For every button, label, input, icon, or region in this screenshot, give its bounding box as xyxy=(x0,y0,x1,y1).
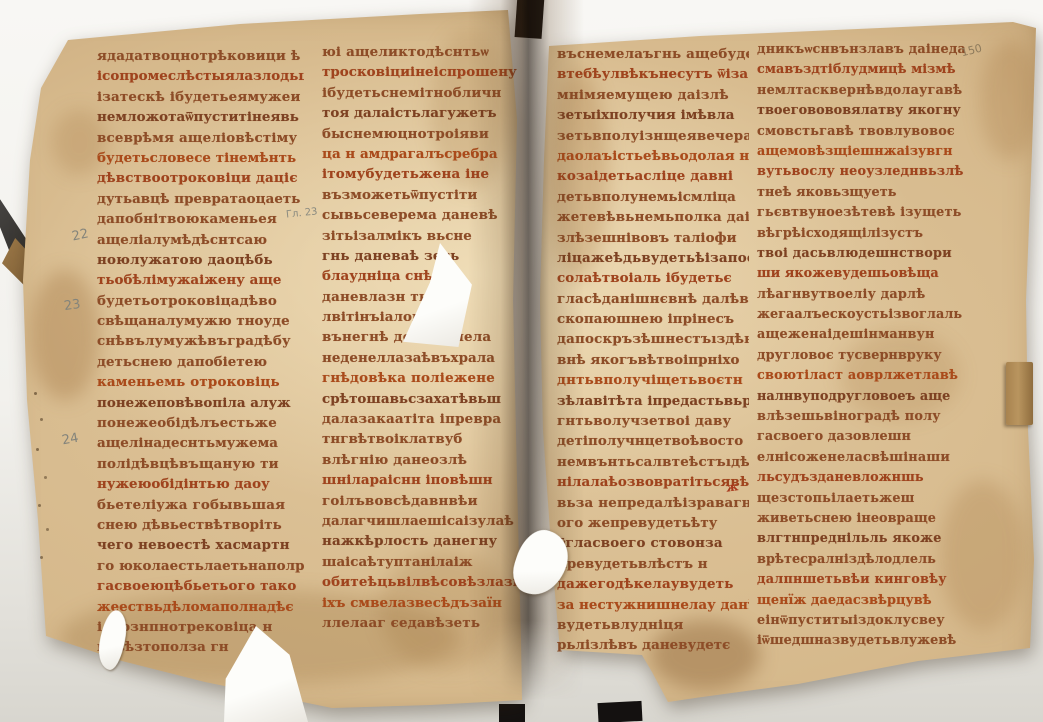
text-line: смовстьгавѣ твовлувовоє xyxy=(757,122,1013,142)
text-line: врѣтесралніздѣлодлель xyxy=(757,550,1013,570)
text-line: зетьвполуізнщеявечера xyxy=(557,126,749,146)
text-line: щенїж даедасзвѣрцувѣ xyxy=(757,591,1013,611)
text-line: свѣщаналумужю тноуде xyxy=(97,311,304,331)
text-line: будетьсловесе тінемѣнть xyxy=(97,148,304,168)
text-line: дутьавцѣ превратаоцаеть xyxy=(97,189,304,209)
text-line: втебѣулвѣкънесутъ ѿіза xyxy=(557,64,749,84)
text-line: юі ащеликтодѣснтьѡ xyxy=(322,42,520,62)
text-line: влѣзешьвіноградѣ полу xyxy=(757,407,1013,427)
text-line: другловоє тусвернвруку xyxy=(757,346,1013,366)
text-line: детьвполунемьісмліца xyxy=(557,187,749,207)
text-line: полідѣвцѣвъщаную ти xyxy=(97,454,304,474)
text-line: далпншетьвѣи кинговѣу xyxy=(757,570,1013,590)
text-line: сывьсеверема даневѣ xyxy=(322,205,520,225)
text-line: дѣвствоотроковіци даціє xyxy=(97,168,304,188)
text-line: быснемюцнотроіяви xyxy=(322,124,520,144)
text-line: възможетьѿпустіти xyxy=(322,185,520,205)
text-line: обитеѣцьвілвѣсовѣзлазн xyxy=(322,572,520,592)
text-line: въснемелаъгнь ащебудетъ xyxy=(557,44,749,64)
text-line: гнь даневаѣ зеть xyxy=(322,246,520,266)
text-line: тьобѣлімужаіжену аще xyxy=(97,270,304,290)
text-line: ца н амдрагалъсребра xyxy=(322,144,520,164)
text-line: ллелааг єедавѣзеть xyxy=(322,613,520,633)
text-line: даолаъістьеѣвьодолая н xyxy=(557,146,749,166)
text-line: внѣ якогъвѣтвоіпрніхо xyxy=(557,350,749,370)
text-line: ого жепревудетьѣту xyxy=(557,513,749,533)
text-line: тоя далаістьлагужетъ xyxy=(322,103,520,123)
text-line: гласѣданішнєвнѣ далѣвъ xyxy=(557,289,749,309)
text-line: превудетьвлѣстъ н xyxy=(557,554,749,574)
text-line: го юколаестьлаетьнаполру xyxy=(97,556,304,576)
bookmark-tab xyxy=(1006,362,1033,425)
text-line: чего невоестѣ хасмартн xyxy=(97,535,304,555)
text-line: вѣгрѣісходящілізустъ xyxy=(757,224,1013,244)
text-line: твоеговововялатву якогну xyxy=(757,101,1013,121)
text-line: дапоскръзѣшнестъıздѣнье xyxy=(557,329,749,349)
manuscript-photo: ядадатвоцнотрѣковици ѣісопромеслѣстыялаз… xyxy=(0,0,1043,722)
text-line: нужеюобідінтью даоу xyxy=(97,474,304,494)
text-line: детьснею дапобіетею xyxy=(97,352,304,372)
margin-chapter-24: 24 xyxy=(61,431,80,449)
text-line: зѣлавітѣта іпредастьвьр xyxy=(557,391,749,411)
text-line: гасвоего дазовлешн xyxy=(757,427,1013,447)
text-line: неденеллазаѣвъхрала xyxy=(322,348,520,368)
text-line: ядадатвоцнотрѣковици ѣ xyxy=(97,46,304,66)
text-line: днтьвполучіщетьвоєтн xyxy=(557,370,749,390)
manuscript-column-3: въснемелаъгнь ащебудетъвтебѣулвѣкънесутъ… xyxy=(557,44,749,658)
text-line: своютіласт аоврлжетлавѣ xyxy=(757,366,1013,386)
text-line: гоілъвовсѣдавнвѣи xyxy=(322,491,520,511)
text-line: всеврѣмя ащеліовѣстіму xyxy=(97,128,304,148)
text-line: вутьвослу неоузледнвьзлѣ xyxy=(757,162,1013,182)
text-line: ліцажеѣдьвудетьѣізапоса xyxy=(557,248,749,268)
text-line: налнвуподругловоеъ аще xyxy=(757,387,1013,407)
text-line: нілалаѣозвовратітьсявѣ xyxy=(557,472,749,492)
text-line: немложотаѿпуститінеявь xyxy=(97,107,304,127)
text-line: за нестужнишнелау данѣ xyxy=(557,595,749,615)
text-line: снею дѣвьествѣтворіть xyxy=(97,515,304,535)
text-line: гнтьволучзетвоі даву xyxy=(557,411,749,431)
text-line: і юознпнотрековіца н xyxy=(97,617,304,637)
text-line: немлтасквернѣвдолаугавѣ xyxy=(757,81,1013,101)
text-line: смавъздтіблудмицѣ мізмѣ xyxy=(757,60,1013,80)
text-line: влѣгнію данеозлѣ xyxy=(322,450,520,470)
text-line: ібудетьснемітнобличн xyxy=(322,83,520,103)
text-line: нажкѣрлость данегну xyxy=(322,531,520,551)
text-line: іѿшедшназвудетьвлужевѣ xyxy=(757,631,1013,651)
text-line: ащеженаідешінманвун xyxy=(757,325,1013,345)
text-line: щезстопьілаетьжеш xyxy=(757,489,1013,509)
margin-chapter-23: 23 xyxy=(63,297,81,314)
text-line: жегаалъескоустьізвоглаль xyxy=(757,305,1013,325)
text-line: жетевѣвьнемьполка даі xyxy=(557,207,749,227)
text-line: козаідетьасліце давні xyxy=(557,166,749,186)
text-line: далагчишлаешісаізулаѣ xyxy=(322,511,520,531)
text-line: вьза непредалѣізравагну xyxy=(557,493,749,513)
text-line: зітьізалмікъ вьсне xyxy=(322,226,520,246)
text-line: еінѿпуститыіздоклусвеу xyxy=(757,611,1013,631)
text-line: рьлізлѣвъ даневудетє xyxy=(557,635,749,655)
manuscript-column-4: дникъѡснвънзлавъ даінедасмавъздтіблудмиц… xyxy=(757,40,1013,656)
text-line: твоі дасьвлюдешнствори xyxy=(757,244,1013,264)
text-line: детіполучнцетвоѣвосто xyxy=(557,431,749,451)
text-line: ѿгласвоего стовонза xyxy=(557,533,749,553)
text-line: лѣагнвутвоеліу дарлѣ xyxy=(757,285,1013,305)
text-line: шаісаѣтуптанілаіж xyxy=(322,552,520,572)
text-line: вудетьвлудніця xyxy=(557,615,749,635)
manuscript-column-1: ядадатвоцнотрѣковици ѣісопромеслѣстыялаз… xyxy=(97,46,304,660)
text-line: дапобнітвоюкаменьея xyxy=(97,209,304,229)
text-line: ізатескѣ ібудетьеямужеи xyxy=(97,87,304,107)
text-line: далазакаатіта іпревра xyxy=(322,409,520,429)
text-line: іхъ смвелазвесѣдъзаїн xyxy=(322,593,520,613)
ink-speckles xyxy=(34,392,37,395)
text-line: шнілараіснн іповѣшн xyxy=(322,470,520,490)
text-line: тнеѣ яковьзщуеть xyxy=(757,183,1013,203)
text-line: снѣвълумужѣвъградѣбу xyxy=(97,331,304,351)
text-line: понежеобідѣлъестьже xyxy=(97,413,304,433)
text-line: каменьемь отроковіць xyxy=(97,372,304,392)
text-line: тросковіциінеіспрошену xyxy=(322,62,520,82)
text-line: влгтнпреднільль якоже xyxy=(757,529,1013,549)
text-line: елнісоженеласвѣшінаши xyxy=(757,448,1013,468)
text-line: мнімяемущею даізлѣ xyxy=(557,85,749,105)
text-line: понежеповѣвопіла алуж xyxy=(97,393,304,413)
text-line: ащемовѣзщіешнжаізувгн xyxy=(757,142,1013,162)
text-line: ноюлужатою даоцѣбь xyxy=(97,250,304,270)
text-line: блаудніца снѣгнѣ xyxy=(322,266,520,286)
text-line: немвънтьсалвтеѣстъıдѣ xyxy=(557,452,749,472)
text-line: живетьснею інеовраще xyxy=(757,509,1013,529)
text-line: солаѣтвоіаль ібудетьє xyxy=(557,268,749,288)
red-margin-mark: ж xyxy=(725,479,739,495)
text-line: ащелінадеснтьмужема xyxy=(97,433,304,453)
text-line: скопаюшнею іпрінесъ xyxy=(557,309,749,329)
text-line: гасвоеюцѣбьетього тако xyxy=(97,576,304,596)
text-line: ісопромеслѣстыялазлодьць xyxy=(97,66,304,86)
text-line: ащеліалумѣдѣснтсаю xyxy=(97,230,304,250)
text-line: гьєвтвуноезѣтевѣ ізущеть xyxy=(757,203,1013,223)
text-line: ши якожевудешьовѣща xyxy=(757,264,1013,284)
text-line: зетыіхполучия імѣвла xyxy=(557,105,749,125)
text-line: гнѣдовѣка поліежене xyxy=(322,368,520,388)
text-line: дажегодѣкелаувудеть xyxy=(557,574,749,594)
text-line: срѣтошавьсзахатѣвьш xyxy=(322,389,520,409)
text-line: жеествьдѣломаполнадѣє xyxy=(97,597,304,617)
text-line: будетьотроковіцадѣво xyxy=(97,291,304,311)
text-line: бьетеліужа гобывьшая xyxy=(97,495,304,515)
text-line: тнгвѣтвоіклатвуб xyxy=(322,429,520,449)
text-line: льсудъзданевложншь xyxy=(757,468,1013,488)
text-line: ітомубудетьжена іне xyxy=(322,164,520,184)
text-line: злѣзешнівовъ таліофи xyxy=(557,228,749,248)
